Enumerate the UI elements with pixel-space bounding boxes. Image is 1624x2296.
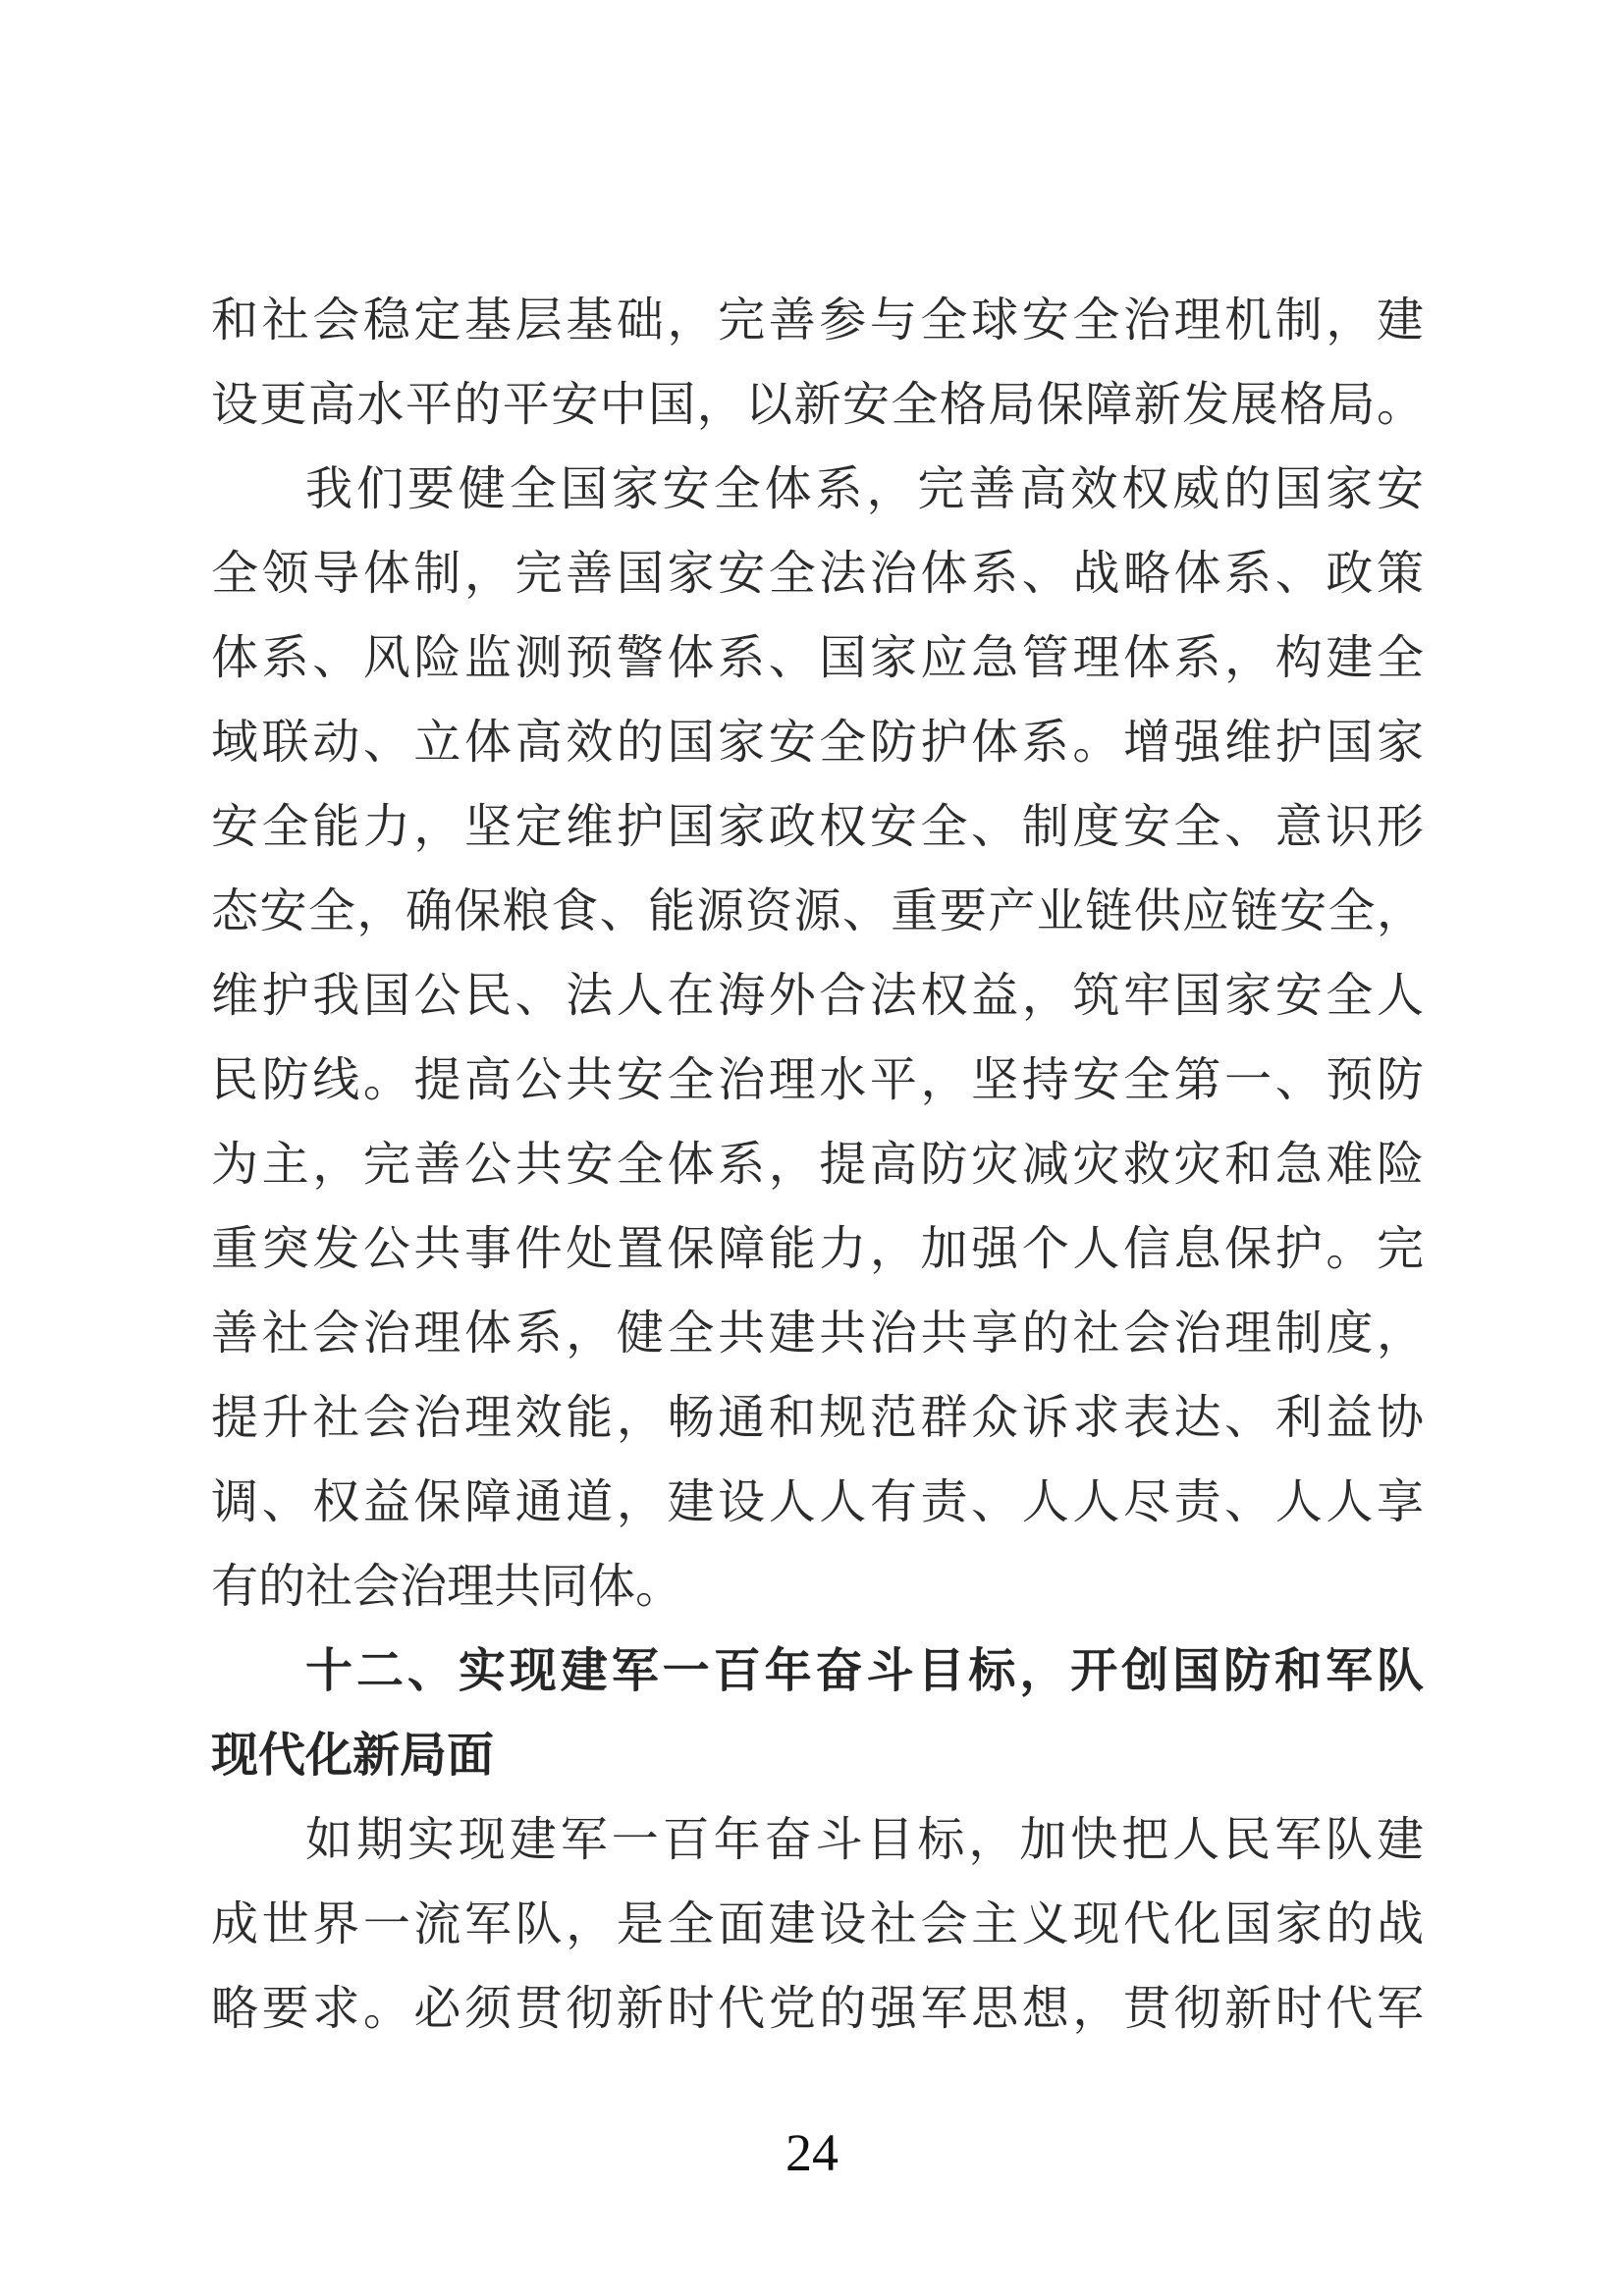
section-heading-line2: 现代化新局面	[211, 1714, 1424, 1798]
text-line: 如期实现建军一百年奋斗目标，加快把人民军队建	[211, 1798, 1424, 1883]
text-line: 体系、风险监测预警体系、国家应急管理体系，构建全	[211, 616, 1424, 701]
text-line: 设更高水平的平安中国，以新安全格局保障新发展格局。	[211, 363, 1424, 448]
text-line: 态安全，确保粮食、能源资源、重要产业链供应链安全，	[211, 870, 1424, 954]
text-line: 略要求。必须贯彻新时代党的强军思想，贯彻新时代军	[211, 1967, 1424, 2052]
text-line: 维护我国公民、法人在海外合法权益，筑牢国家安全人	[211, 954, 1424, 1039]
text-line: 重突发公共事件处置保障能力，加强个人信息保护。完	[211, 1207, 1424, 1292]
text-line: 全领导体制，完善国家安全法治体系、战略体系、政策	[211, 532, 1424, 616]
text-line: 域联动、立体高效的国家安全防护体系。增强维护国家	[211, 701, 1424, 785]
text-line: 我们要健全国家安全体系，完善高效权威的国家安	[211, 448, 1424, 532]
text-line: 和社会稳定基层基础，完善参与全球安全治理机制，建	[211, 279, 1424, 363]
text-line: 为主，完善公共安全体系，提高防灾减灾救灾和急难险	[211, 1123, 1424, 1207]
document-page: 和社会稳定基层基础，完善参与全球安全治理机制，建 设更高水平的平安中国，以新安全…	[0, 0, 1624, 2296]
text-line: 提升社会治理效能，畅通和规范群众诉求表达、利益协	[211, 1376, 1424, 1461]
text-line: 善社会治理体系，健全共建共治共享的社会治理制度，	[211, 1292, 1424, 1376]
text-line: 成世界一流军队，是全面建设社会主义现代化国家的战	[211, 1883, 1424, 1967]
text-line: 调、权益保障通道，建设人人有责、人人尽责、人人享	[211, 1461, 1424, 1545]
page-body-text: 和社会稳定基层基础，完善参与全球安全治理机制，建 设更高水平的平安中国，以新安全…	[211, 279, 1424, 2052]
text-line: 民防线。提高公共安全治理水平，坚持安全第一、预防	[211, 1039, 1424, 1123]
text-line: 有的社会治理共同体。	[211, 1545, 1424, 1629]
section-heading-line1: 十二、实现建军一百年奋斗目标，开创国防和军队	[211, 1629, 1424, 1714]
page-number: 24	[0, 2126, 1624, 2179]
text-line: 安全能力，坚定维护国家政权安全、制度安全、意识形	[211, 785, 1424, 870]
